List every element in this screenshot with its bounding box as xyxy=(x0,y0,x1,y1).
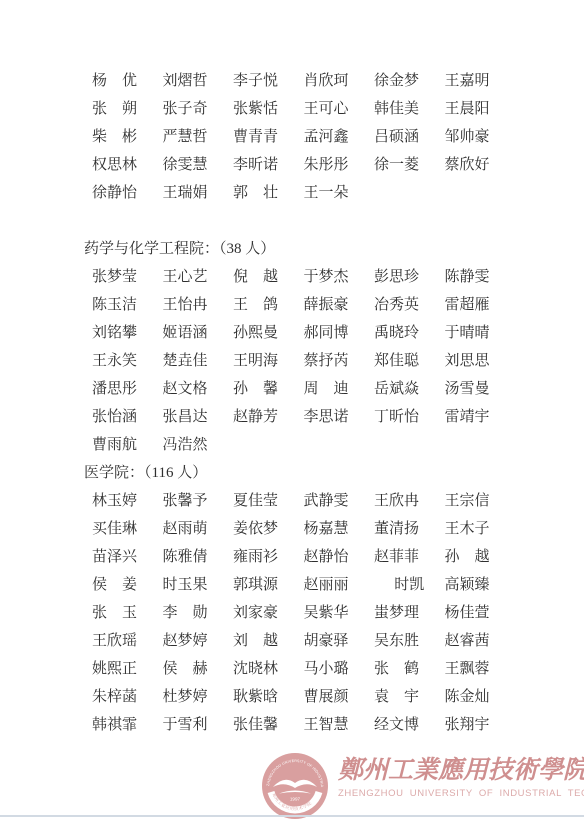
student-name: 王木子 xyxy=(445,515,516,543)
student-name: 杜梦婷 xyxy=(163,683,234,711)
name-row: 张 玉李 勋刘家豪吴紫华蚩梦理杨佳萱 xyxy=(84,599,544,627)
name-row: 林玉婷张馨予夏佳莹武静雯王欣冉王宗信 xyxy=(84,487,544,515)
roster-section: 医学院：（116 人）林玉婷张馨予夏佳莹武静雯王欣冉王宗信买佳琳赵雨萌姜依梦杨嘉… xyxy=(84,459,544,739)
student-name: 王智慧 xyxy=(304,711,375,739)
student-name: 侯 赫 xyxy=(163,655,234,683)
name-row: 杨 优刘熠哲李子悦肖欣珂徐金梦王嘉明 xyxy=(84,67,544,95)
student-name: 刘熠哲 xyxy=(163,67,234,95)
student-name: 楚垚佳 xyxy=(163,347,234,375)
student-name: 杨嘉慧 xyxy=(304,515,375,543)
student-name: 王晨阳 xyxy=(445,95,516,123)
student-name: 张紫恬 xyxy=(233,95,304,123)
student-name: 冯浩然 xyxy=(163,431,234,459)
student-name: 张昌达 xyxy=(163,403,234,431)
student-name: 王一朵 xyxy=(304,179,375,207)
name-row: 权思林徐雯慧李昕诺朱彤彤徐一菱蔡欣好 xyxy=(84,151,544,179)
student-name: 刘家豪 xyxy=(233,599,304,627)
section-header: 药学与化学工程院：（38 人） xyxy=(84,235,544,263)
name-row: 姚熙正侯 赫沈晓林马小璐张 鹤王飘蓉 xyxy=(84,655,544,683)
student-name: 蔡抒芮 xyxy=(304,347,375,375)
name-row: 王欣瑶赵梦婷刘 越胡豪驿吴东胜赵睿茜 xyxy=(84,627,544,655)
name-row: 柴 彬严慧哲曹青青孟河鑫吕硕涵邹帅豪 xyxy=(84,123,544,151)
student-name: 买佳琳 xyxy=(92,515,163,543)
student-name: 王瑞娟 xyxy=(163,179,234,207)
student-name: 徐静怡 xyxy=(92,179,163,207)
name-row: 朱梓菡杜梦婷耿紫晗曹展颜袁 宇陈金灿 xyxy=(84,683,544,711)
student-name: 刘 越 xyxy=(233,627,304,655)
student-name: 吴紫华 xyxy=(304,599,375,627)
name-row: 苗泽兴陈雅倩雍雨衫赵静怡赵菲菲孙 越 xyxy=(84,543,544,571)
student-name: 王可心 xyxy=(304,95,375,123)
student-name: 吴东胜 xyxy=(374,627,445,655)
roster-section: 药学与化学工程院：（38 人）张梦莹王心艺倪 越于梦杰彭思珍陈静雯陈玉洁王怡冉王… xyxy=(84,235,544,459)
student-name: 陈玉洁 xyxy=(92,291,163,319)
student-name: 经文博 xyxy=(374,711,445,739)
student-name: 高颖臻 xyxy=(445,571,516,599)
name-row: 张怡涵张昌达赵静芳李思诺丁昕怡雷靖宇 xyxy=(84,403,544,431)
student-name: 姜依梦 xyxy=(233,515,304,543)
university-logo: ZHENGZHOU UNIVERSITY OF INDUSTRIAL TECHN… xyxy=(261,752,584,820)
student-name: 时凯 xyxy=(374,571,445,599)
student-name: 王飘蓉 xyxy=(445,655,516,683)
student-name: 汤雪曼 xyxy=(445,375,516,403)
student-name: 张翔宇 xyxy=(445,711,516,739)
name-row: 王永笑楚垚佳王明海蔡抒芮郑佳聪刘思思 xyxy=(84,347,544,375)
student-name: 沈晓林 xyxy=(233,655,304,683)
student-name: 陈金灿 xyxy=(445,683,516,711)
student-name: 雍雨衫 xyxy=(233,543,304,571)
student-name: 张怡涵 xyxy=(92,403,163,431)
student-name: 马小璐 xyxy=(304,655,375,683)
university-logotype: 鄭州工業應用技術學院 ZHENGZHOU UNIVERSITY OF INDUS… xyxy=(338,752,584,799)
student-name: 丁昕怡 xyxy=(374,403,445,431)
name-row: 陈玉洁王怡冉王 鸽薛振豪冶秀英雷超雁 xyxy=(84,291,544,319)
student-name: 郑佳聪 xyxy=(374,347,445,375)
student-name: 赵睿茜 xyxy=(445,627,516,655)
student-name: 张 朔 xyxy=(92,95,163,123)
student-name: 蚩梦理 xyxy=(374,599,445,627)
student-name: 徐一菱 xyxy=(374,151,445,179)
student-name: 赵丽丽 xyxy=(304,571,375,599)
student-name: 赵雨萌 xyxy=(163,515,234,543)
student-name: 李昕诺 xyxy=(233,151,304,179)
student-name: 王怡冉 xyxy=(163,291,234,319)
roster: 杨 优刘熠哲李子悦肖欣珂徐金梦王嘉明张 朔张子奇张紫恬王可心韩佳美王晨阳柴 彬严… xyxy=(84,67,544,739)
student-name: 王永笑 xyxy=(92,347,163,375)
student-name: 王心艺 xyxy=(163,263,234,291)
name-row: 曹雨航冯浩然 xyxy=(84,431,544,459)
student-name: 雷靖宇 xyxy=(445,403,516,431)
name-row: 徐静怡王瑞娟郭 壮王一朵 xyxy=(84,179,544,207)
student-name: 苗泽兴 xyxy=(92,543,163,571)
student-name: 雷超雁 xyxy=(445,291,516,319)
student-name: 王宗信 xyxy=(445,487,516,515)
student-name: 曹展颜 xyxy=(304,683,375,711)
student-name: 董清扬 xyxy=(374,515,445,543)
student-name: 王欣瑶 xyxy=(92,627,163,655)
student-name: 张 玉 xyxy=(92,599,163,627)
student-name: 侯 姜 xyxy=(92,571,163,599)
page-bottom-border xyxy=(0,815,584,817)
university-name-en: ZHENGZHOU UNIVERSITY OF INDUSTRIAL TECHN… xyxy=(338,788,584,799)
name-row: 买佳琳赵雨萌姜依梦杨嘉慧董清扬王木子 xyxy=(84,515,544,543)
student-name: 于梦杰 xyxy=(304,263,375,291)
student-name: 王 鸽 xyxy=(233,291,304,319)
student-name: 岳斌焱 xyxy=(374,375,445,403)
student-name: 刘铭攀 xyxy=(92,319,163,347)
student-name: 林玉婷 xyxy=(92,487,163,515)
student-name: 郭 壮 xyxy=(233,179,304,207)
name-row: 张 朔张子奇张紫恬王可心韩佳美王晨阳 xyxy=(84,95,544,123)
student-name: 孙 越 xyxy=(445,543,516,571)
student-name: 赵静怡 xyxy=(304,543,375,571)
name-row: 潘思彤赵文格孙 馨周 迪岳斌焱汤雪曼 xyxy=(84,375,544,403)
name-row: 侯 姜时玉果郭琪源赵丽丽时凯高颖臻 xyxy=(84,571,544,599)
student-name: 孟河鑫 xyxy=(304,123,375,151)
student-name: 郭琪源 xyxy=(233,571,304,599)
student-name: 张子奇 xyxy=(163,95,234,123)
student-name: 曹雨航 xyxy=(92,431,163,459)
student-name: 张佳馨 xyxy=(233,711,304,739)
student-name: 时玉果 xyxy=(163,571,234,599)
student-name: 吕硕涵 xyxy=(374,123,445,151)
document-page: 杨 优刘熠哲李子悦肖欣珂徐金梦王嘉明张 朔张子奇张紫恬王可心韩佳美王晨阳柴 彬严… xyxy=(0,0,584,822)
student-name: 李 勋 xyxy=(163,599,234,627)
student-name: 姚熙正 xyxy=(92,655,163,683)
student-name: 曹青青 xyxy=(233,123,304,151)
name-row: 刘铭攀姬语涵孙熙曼郝同博禹晓玲于晴晴 xyxy=(84,319,544,347)
student-name: 肖欣珂 xyxy=(304,67,375,95)
student-name: 杨佳萱 xyxy=(445,599,516,627)
student-name: 徐雯慧 xyxy=(163,151,234,179)
student-name: 张 鹤 xyxy=(374,655,445,683)
student-name: 胡豪驿 xyxy=(304,627,375,655)
student-name: 王嘉明 xyxy=(445,67,516,95)
student-name: 王欣冉 xyxy=(374,487,445,515)
student-name: 朱彤彤 xyxy=(304,151,375,179)
student-name: 陈雅倩 xyxy=(163,543,234,571)
student-name: 耿紫晗 xyxy=(233,683,304,711)
section-header: 医学院：（116 人） xyxy=(84,459,544,487)
student-name: 彭思珍 xyxy=(374,263,445,291)
student-name: 禹晓玲 xyxy=(374,319,445,347)
student-name: 袁 宇 xyxy=(374,683,445,711)
student-name: 李思诺 xyxy=(304,403,375,431)
student-name: 徐金梦 xyxy=(374,67,445,95)
student-name: 赵静芳 xyxy=(233,403,304,431)
student-name: 蔡欣好 xyxy=(445,151,516,179)
student-name: 孙 馨 xyxy=(233,375,304,403)
student-name: 姬语涵 xyxy=(163,319,234,347)
student-name: 邹帅豪 xyxy=(445,123,516,151)
student-name: 赵菲菲 xyxy=(374,543,445,571)
student-name: 赵文格 xyxy=(163,375,234,403)
student-name: 李子悦 xyxy=(233,67,304,95)
student-name: 于雪利 xyxy=(163,711,234,739)
emblem-year: 1997 xyxy=(290,797,301,802)
student-name: 周 迪 xyxy=(304,375,375,403)
student-name: 倪 越 xyxy=(233,263,304,291)
student-name: 张馨予 xyxy=(163,487,234,515)
student-name: 赵梦婷 xyxy=(163,627,234,655)
student-name: 潘思彤 xyxy=(92,375,163,403)
student-name: 王明海 xyxy=(233,347,304,375)
university-emblem: ZHENGZHOU UNIVERSITY OF INDUSTRIAL TECHN… xyxy=(261,752,329,820)
student-name: 朱梓菡 xyxy=(92,683,163,711)
student-name: 严慧哲 xyxy=(163,123,234,151)
name-row: 张梦莹王心艺倪 越于梦杰彭思珍陈静雯 xyxy=(84,263,544,291)
student-name: 于晴晴 xyxy=(445,319,516,347)
university-name-cn: 鄭州工業應用技術學院 xyxy=(338,756,584,786)
student-name: 夏佳莹 xyxy=(233,487,304,515)
student-name: 郝同博 xyxy=(304,319,375,347)
student-name: 刘思思 xyxy=(445,347,516,375)
student-name: 韩祺霏 xyxy=(92,711,163,739)
student-name: 冶秀英 xyxy=(374,291,445,319)
student-name: 薛振豪 xyxy=(304,291,375,319)
student-name: 杨 优 xyxy=(92,67,163,95)
student-name: 陈静雯 xyxy=(445,263,516,291)
student-name: 孙熙曼 xyxy=(233,319,304,347)
student-name: 柴 彬 xyxy=(92,123,163,151)
student-name: 张梦莹 xyxy=(92,263,163,291)
student-name: 权思林 xyxy=(92,151,163,179)
roster-section: 杨 优刘熠哲李子悦肖欣珂徐金梦王嘉明张 朔张子奇张紫恬王可心韩佳美王晨阳柴 彬严… xyxy=(84,67,544,207)
student-name: 韩佳美 xyxy=(374,95,445,123)
name-row: 韩祺霏于雪利张佳馨王智慧经文博张翔宇 xyxy=(84,711,544,739)
student-name: 武静雯 xyxy=(304,487,375,515)
